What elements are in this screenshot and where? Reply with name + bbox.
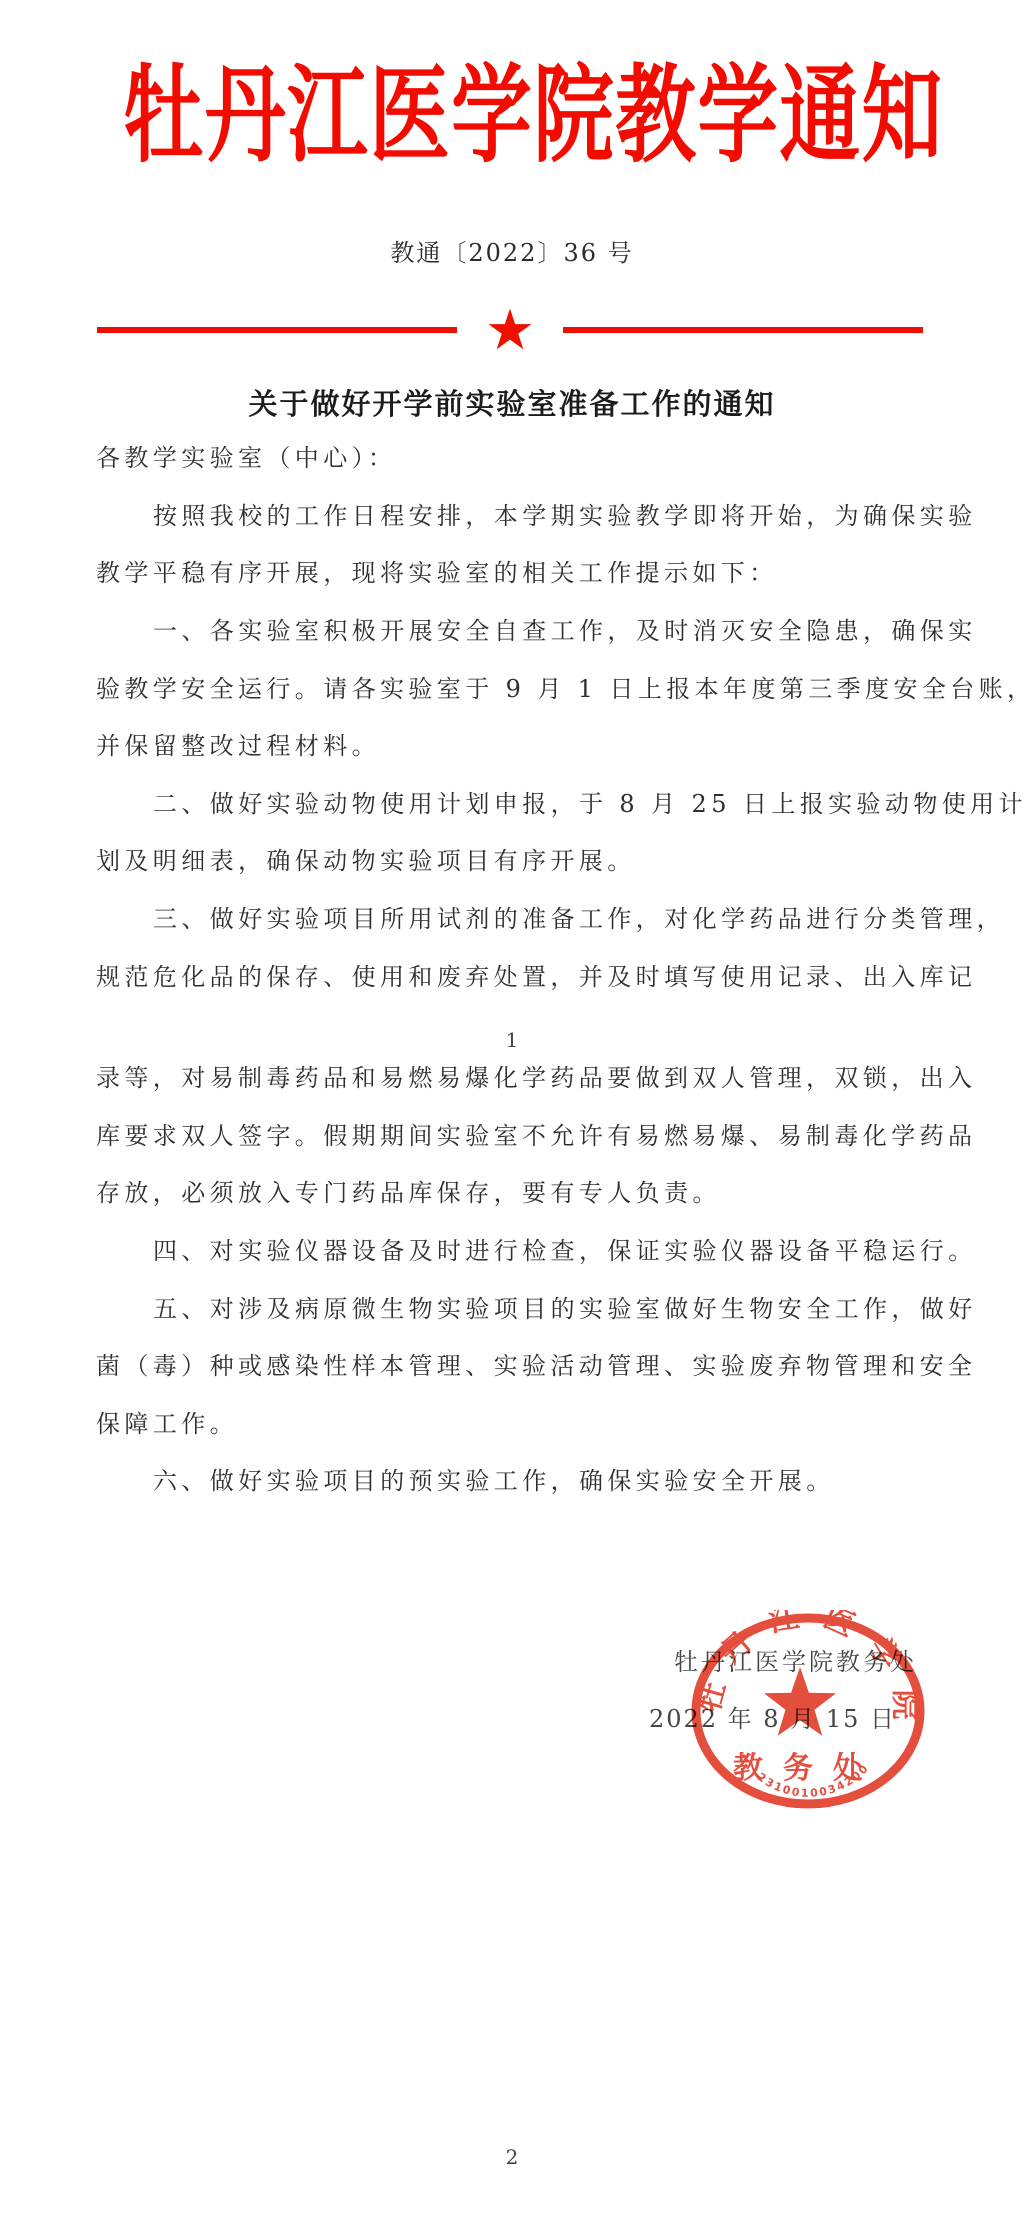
body-line: 菌（毒）种或感染性样本管理、实验活动管理、实验废弃物管理和安全	[96, 1335, 934, 1393]
official-seal: 牡丹江医学院 教务处 2310010034200	[688, 1610, 928, 1814]
body-line: 各教学实验室（中心）：	[96, 427, 934, 485]
page-number-2: 2	[0, 2145, 1024, 2169]
body-line: 三、做好实验项目所用试剂的准备工作，对化学药品进行分类管理，	[96, 888, 934, 946]
body-line: 按照我校的工作日程安排，本学期实验教学即将开始，为确保实验	[96, 485, 934, 543]
body-text-page1: 各教学实验室（中心）：按照我校的工作日程安排，本学期实验教学即将开始，为确保实验…	[96, 427, 934, 1003]
body-line: 规范危化品的保存、使用和废弃处置，并及时填写使用记录、出入库记	[96, 945, 934, 1003]
red-divider-left	[97, 327, 457, 333]
body-line: 划及明细表，确保动物实验项目有序开展。	[96, 830, 934, 888]
star-icon: ★	[478, 301, 542, 361]
body-line: 录等，对易制毒药品和易燃易爆化学药品要做到双人管理，双锁，出入	[96, 1047, 934, 1105]
body-line: 保障工作。	[96, 1393, 934, 1451]
body-line: 五、对涉及病原微生物实验项目的实验室做好生物安全工作，做好	[96, 1277, 934, 1335]
body-line: 二、做好实验动物使用计划申报，于 8 月 25 日上报实验动物使用计	[96, 773, 934, 831]
body-line: 库要求双人签字。假期期间实验室不允许有易燃易爆、易制毒化学药品	[96, 1105, 934, 1163]
red-divider-right	[563, 327, 923, 333]
body-line: 并保留整改过程材料。	[96, 715, 934, 773]
body-text-page2: 录等，对易制毒药品和易燃易爆化学药品要做到双人管理，双锁，出入库要求双人签字。假…	[96, 1047, 934, 1508]
notice-masthead: 牡丹江医学院教学通知	[123, 58, 901, 172]
body-line: 四、对实验仪器设备及时进行检查，保证实验仪器设备平稳运行。	[96, 1220, 934, 1278]
body-line: 六、做好实验项目的预实验工作，确保实验安全开展。	[96, 1450, 934, 1508]
body-line: 存放，必须放入专门药品库保存，要有专人负责。	[96, 1162, 934, 1220]
notice-title: 关于做好开学前实验室准备工作的通知	[0, 386, 1024, 422]
body-line: 教学平稳有序开展，现将实验室的相关工作提示如下：	[96, 542, 934, 600]
body-line: 验教学安全运行。请各实验室于 9 月 1 日上报本年度第三季度安全台账，	[96, 657, 934, 715]
seal-star-icon	[764, 1667, 836, 1736]
document-page: 牡丹江医学院教学通知 教通〔2022〕36 号 ★ 关于做好开学前实验室准备工作…	[0, 0, 1024, 2228]
body-line: 一、各实验室积极开展安全自查工作，及时消灭安全隐患，确保实	[96, 600, 934, 658]
doc-number: 教通〔2022〕36 号	[0, 239, 1024, 267]
